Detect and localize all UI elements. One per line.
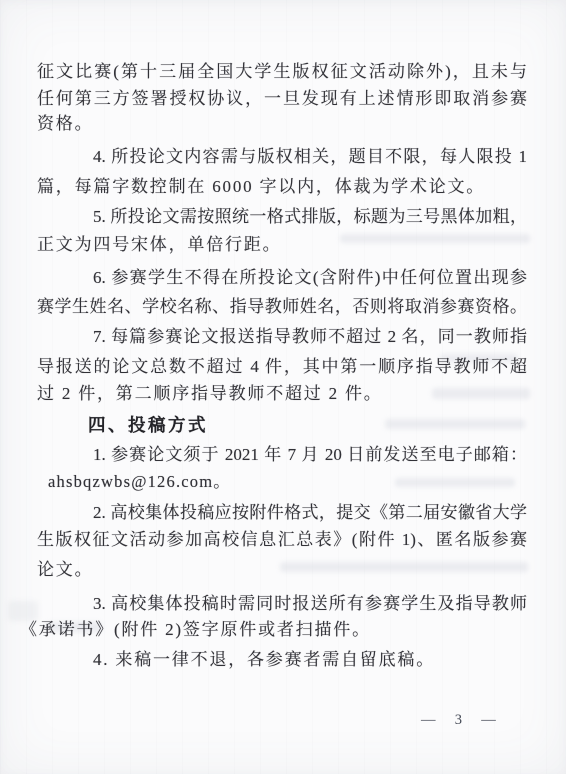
document-text-line: 赛学生姓名、学校名称、指导教师姓名，否则将取消参赛资格。: [37, 292, 527, 322]
document-text-line: 征文比赛(第十三届全国大学生版权征文活动除外)，且未与: [37, 57, 527, 87]
document-text-line: 论文。: [37, 555, 527, 585]
document-text-line: 2. 高校集体投稿应按附件格式，提交《第二届安徽省大学: [37, 498, 527, 528]
document-text-line: 1. 参赛论文须于 2021 年 7 月 20 日前发送至电子邮箱：: [37, 440, 527, 470]
document-text-line: 5. 所投论文需按照统一格式排版，标题为三号黑体加粗，: [37, 202, 527, 232]
document-text-line: 4. 所投论文内容需与版权相关，题目不限，每人限投 1: [37, 142, 527, 172]
document-text-line: 生版权征文活动参加高校信息汇总表》(附件 1)、匿名版参赛: [37, 525, 527, 555]
scanned-document-page: 征文比赛(第十三届全国大学生版权征文活动除外)，且未与任何第三方签署授权协议，一…: [0, 0, 566, 774]
email-address-line: ahsbqzwbs@126.com。: [37, 467, 527, 497]
document-text-line: 正文为四号宋体，单倍行距。: [37, 230, 527, 260]
document-text-line: 过 2 件，第二顺序指导教师不超过 2 件。: [37, 379, 527, 409]
document-text-line: 《承诺书》(附件 2)签字原件或者扫描件。: [20, 615, 510, 645]
document-text-line: 7. 每篇参赛论文报送指导教师不超过 2 名，同一教师指: [37, 322, 527, 352]
section-heading: 四、投稿方式: [37, 410, 527, 440]
document-text-line: 6. 参赛学生不得在所投论文(含附件)中任何位置出现参: [37, 263, 527, 293]
document-text-line: 资格。: [37, 109, 527, 139]
document-body: 征文比赛(第十三届全国大学生版权征文活动除外)，且未与任何第三方签署授权协议，一…: [0, 0, 566, 774]
document-text-line: 导报送的论文总数不超过 4 件，其中第一顺序指导教师不超: [37, 352, 527, 382]
document-text-line: 4. 来稿一律不退，各参赛者需自留底稿。: [37, 645, 527, 675]
document-text-line: 篇，每篇字数控制在 6000 字以内，体裁为学术论文。: [37, 172, 527, 202]
page-number: — 3 —: [421, 705, 493, 735]
